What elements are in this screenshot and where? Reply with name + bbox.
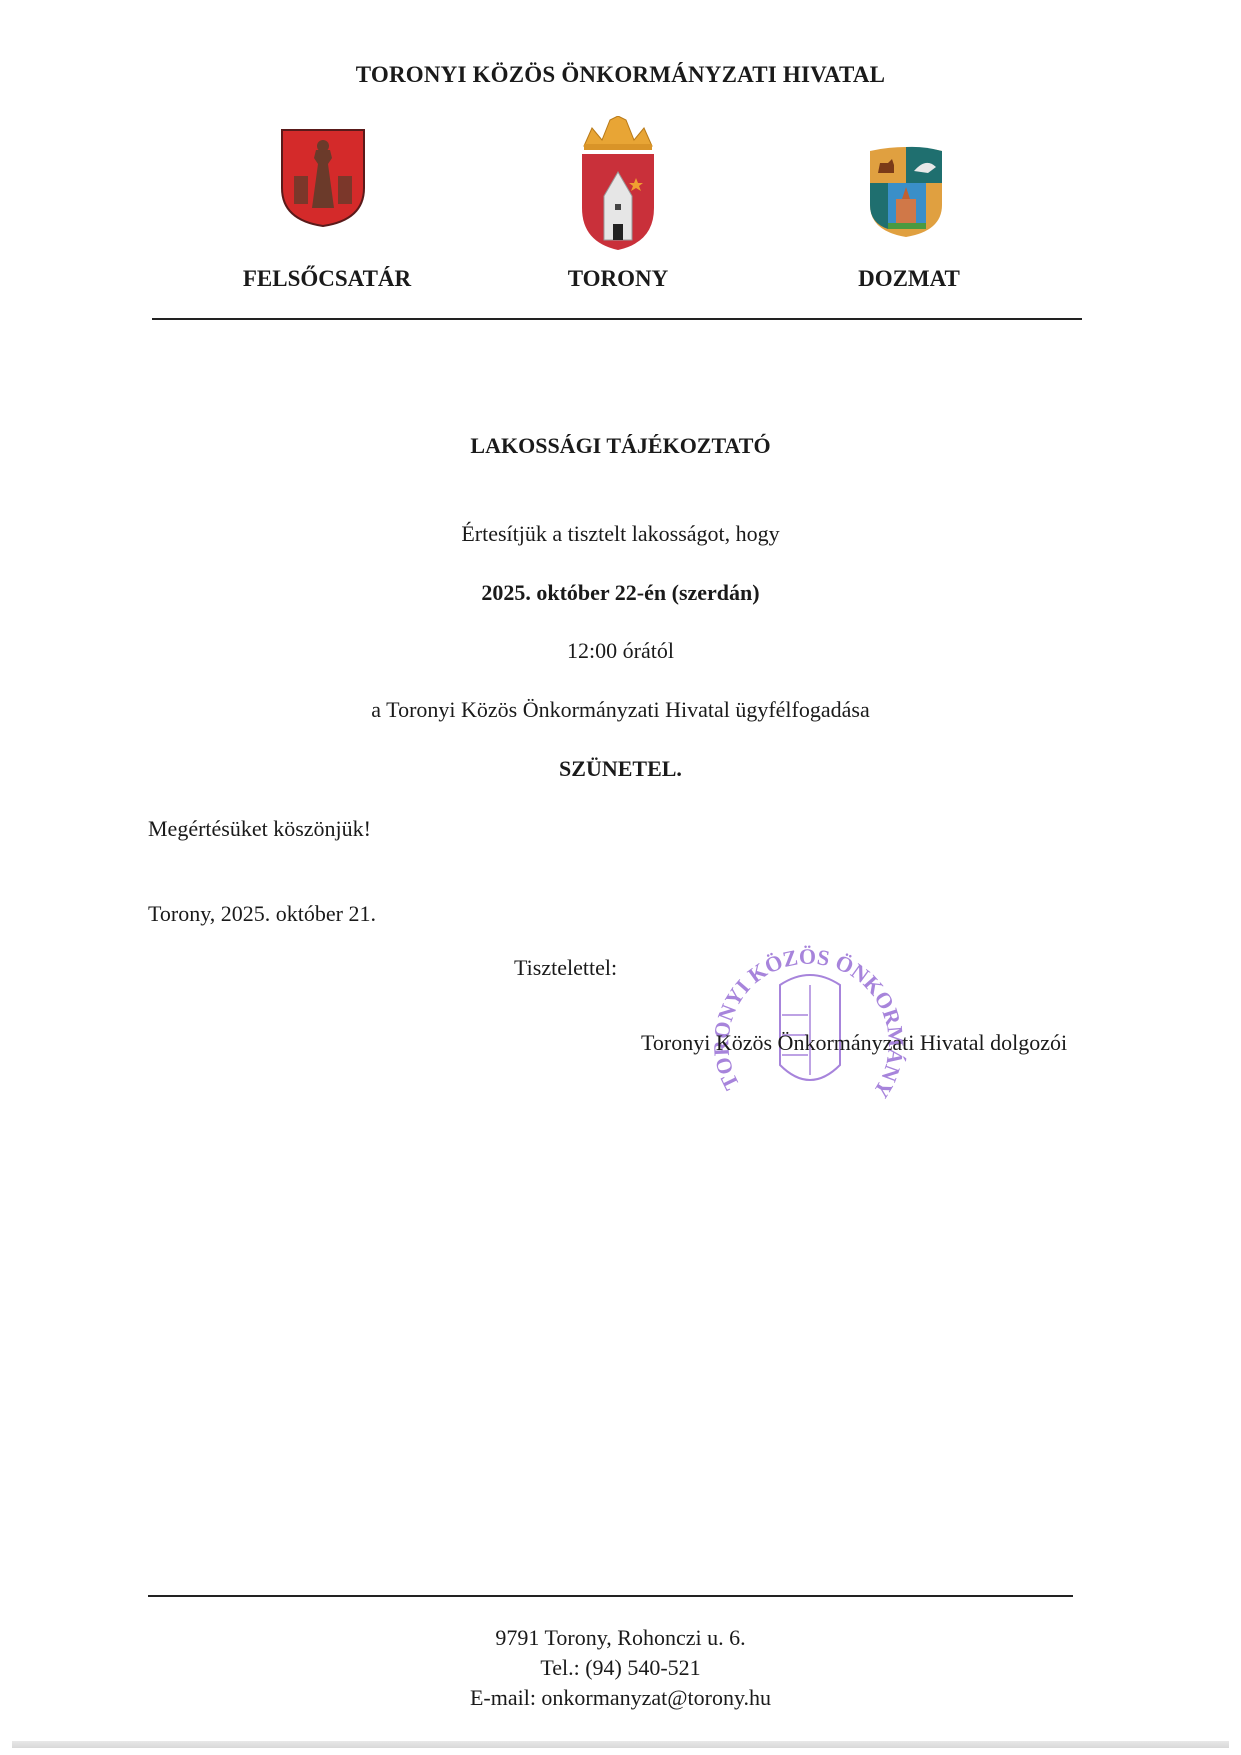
organization-title: TORONYI KÖZÖS ÖNKORMÁNYZATI HIVATAL <box>0 62 1241 88</box>
stamp-text: TORONYI KÖZÖS ÖNKORMÁNYZATI HIVATAL <box>700 925 909 1102</box>
signature: Toronyi Közös Önkormányzati Hivatal dolg… <box>641 1030 1067 1056</box>
dozmat-label: DOZMAT <box>779 266 1039 292</box>
notice-intro: Értesítjük a tisztelt lakosságot, hogy <box>0 521 1241 547</box>
svg-text:TORONYI KÖZÖS ÖNKORMÁNYZATI HI: TORONYI KÖZÖS ÖNKORMÁNYZATI HIVATAL <box>700 925 909 1102</box>
page-edge <box>12 1741 1229 1748</box>
footer-address: 9791 Torony, Rohonczi u. 6. <box>0 1625 1241 1651</box>
notice-time: 12:00 órától <box>0 638 1241 664</box>
torony-crest-icon <box>578 116 658 252</box>
footer-divider <box>148 1595 1073 1597</box>
footer-phone: Tel.: (94) 540-521 <box>0 1655 1241 1681</box>
torony-label: TORONY <box>488 266 748 292</box>
place-date: Torony, 2025. október 21. <box>148 901 376 927</box>
dozmat-crest-icon <box>866 143 946 239</box>
notice-title: LAKOSSÁGI TÁJÉKOZTATÓ <box>0 433 1241 459</box>
felsocsatar-label: FELSŐCSATÁR <box>197 266 457 292</box>
thanks-text: Megértésüket köszönjük! <box>148 816 371 842</box>
notice-date: 2025. október 22-én (szerdán) <box>0 580 1241 606</box>
notice-status: SZÜNETEL. <box>0 756 1241 782</box>
salutation: Tisztelettel: <box>514 955 617 981</box>
notice-subject: a Toronyi Közös Önkormányzati Hivatal üg… <box>0 697 1241 723</box>
header-divider <box>152 318 1082 320</box>
footer-email: E-mail: onkormanyzat@torony.hu <box>0 1685 1241 1711</box>
felsocsatar-crest-icon <box>280 128 366 228</box>
